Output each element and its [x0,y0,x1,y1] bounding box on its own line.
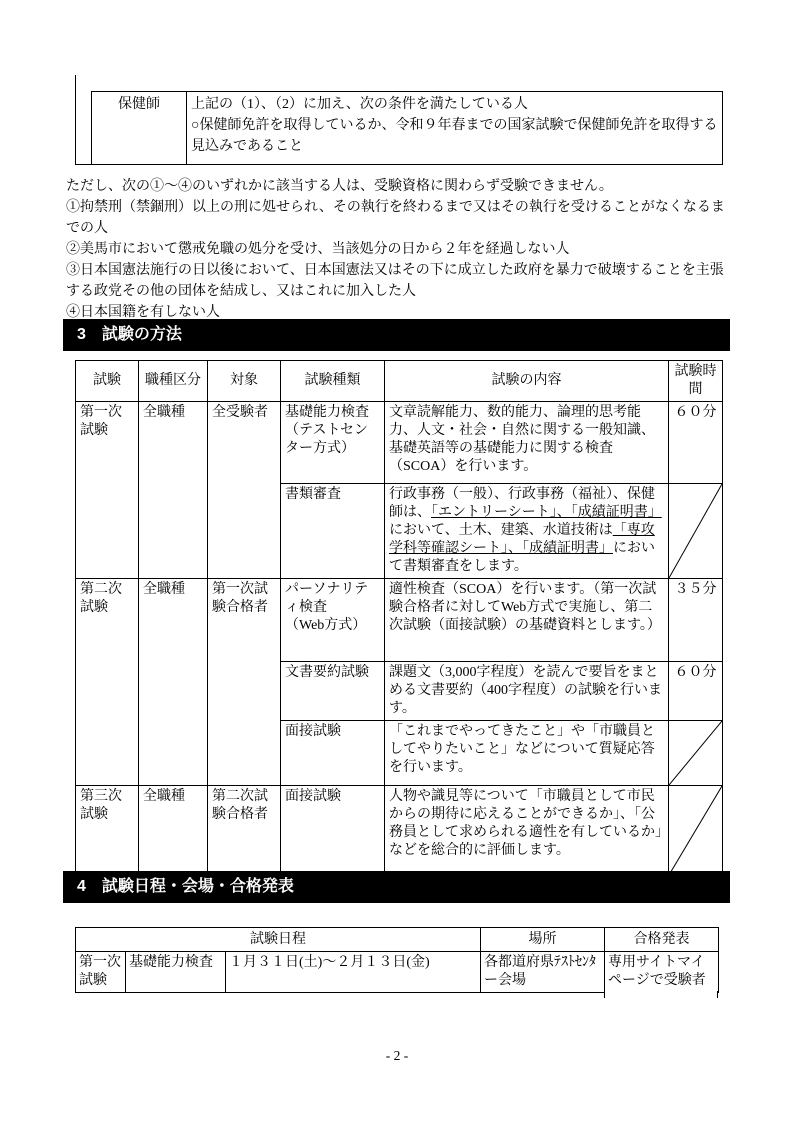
diagonal-line-icon [669,786,722,875]
eligibility-table: 保健師 上記の（1）、（2）に加え、次の条件を満たしている人 ○保健師免許を取得… [75,75,722,165]
eligibility-conditions-cell: 上記の（1）、（2）に加え、次の条件を満たしている人 ○保健師免許を取得している… [187,92,723,165]
duration-cell: ３５分 [669,579,723,662]
exam-content-cell: 文章読解能力、数的能力、論理的思考能力、人文・社会・自然に関する一般知識、基礎英… [385,402,669,484]
column-header-job-type: 職種区分 [139,361,208,402]
exam-kind-cell: 書類審査 [281,484,385,579]
section-heading-exam-method: 3 試験の方法 [63,319,730,351]
schedule-date-cell: １月３１日(土)～２月１３日(金) [226,952,481,993]
stage-cell: 第二次試験 [76,579,139,786]
target-cell: 第二次試験合格者 [208,786,281,876]
schedule-stage-cell: 第一次試験 [76,952,126,993]
exam-content-cell: 人物や識見等について「市職員として市民からの期待に応えることができるか」、「公務… [385,786,669,876]
cut-cell-border-left [604,991,605,998]
diagonal-line-icon [669,721,722,785]
section-heading-schedule: 4 試験日程・会場・合格発表 [63,871,730,903]
exam-kind-cell: 面接試験 [281,786,385,876]
duration-cell-empty [669,786,723,876]
table-row: 第一次試験 基礎能力検査 １月３１日(土)～２月１３日(金) 各都道府県ﾃｽﾄｾ… [76,952,719,993]
stage-cell: 第一次試験 [76,402,139,579]
document-page: 保健師 上記の（1）、（2）に加え、次の条件を満たしている人 ○保健師免許を取得… [0,0,794,1123]
column-header-place: 場所 [481,928,605,952]
column-header-exam: 試験 [76,361,139,402]
table-row: 第三次試験 全職種 第二次試験合格者 面接試験 人物や識見等について「市職員とし… [76,786,723,876]
table-row: 第二次試験 全職種 第一次試験合格者 パーソナリティ検査 （Web方式） 適性検… [76,579,723,662]
exam-kind-cell: 面接試験 [281,721,385,786]
disqualification-intro: ただし、次の①～④のいずれかに該当する人は、受験資格に関わらず受験できません。 [66,176,730,197]
table-header-row: 試験 職種区分 対象 試験種類 試験の内容 試験時間 [76,361,723,402]
job-type-cell: 全職種 [139,579,208,786]
target-cell: 全受験者 [208,402,281,579]
page-number: - 2 - [0,1048,794,1064]
duration-cell-empty [669,484,723,579]
column-header-contents: 試験の内容 [385,361,669,402]
duration-cell: ６０分 [669,662,723,721]
column-header-target: 対象 [208,361,281,402]
eligibility-condition-line: ○保健師免許を取得しているか、令和９年春までの国家試験で保健師免許を取得する見込… [191,115,718,157]
table-row: 第一次試験 全職種 全受験者 基礎能力検査 （テストセンター方式） 文章読解能力… [76,402,723,484]
exam-kind-cell: 文書要約試験 [281,662,385,721]
schedule-table: 試験日程 場所 合格発表 第一次試験 基礎能力検査 １月３１日(土)～２月１３日… [75,927,719,993]
exam-method-table: 試験 職種区分 対象 試験種類 試験の内容 試験時間 第一次試験 全職種 全受験… [75,360,723,876]
column-header-duration: 試験時間 [669,361,723,402]
exam-kind-cell: パーソナリティ検査 （Web方式） [281,579,385,662]
stage-cell: 第三次試験 [76,786,139,876]
cut-cell-border-right [717,991,718,998]
schedule-announcement-cell: 専用サイトマイページで受験者 [605,952,719,993]
exam-content-cell: 適性検査（SCOA）を行います。（第一次試験合格者に対してWeb方式で実施し、第… [385,579,669,662]
eligibility-category-label: 保健師 [92,92,187,165]
column-header-exam-kind: 試験種類 [281,361,385,402]
exam-kind-cell: 基礎能力検査 （テストセンター方式） [281,402,385,484]
target-cell: 第一次試験合格者 [208,579,281,786]
job-type-cell: 全職種 [139,786,208,876]
eligibility-condition-line: 上記の（1）、（2）に加え、次の条件を満たしている人 [191,94,718,115]
exam-content-cell: 課題文（3,000字程度）を読んで要旨をまとめる文書要約（400字程度）の試験を… [385,662,669,721]
duration-cell: ６０分 [669,402,723,484]
exam-content-cell: 行政事務（一般）、行政事務（福祉）、保健師は、「エントリーシート」、「成績証明書… [385,484,669,579]
duration-cell-empty [669,721,723,786]
disqualification-notes: ただし、次の①～④のいずれかに該当する人は、受験資格に関わらず受験できません。 … [66,176,730,323]
job-type-cell: 全職種 [139,402,208,579]
column-header-schedule: 試験日程 [76,928,481,952]
disqualification-item: ③日本国憲法施行の日以後において、日本国憲法又はその下に成立した政府を暴力で破壊… [66,260,730,302]
disqualification-item: ②美馬市において懲戒免職の処分を受け、当該処分の日から２年を経過しない人 [66,239,730,260]
diagonal-line-icon [669,484,722,578]
column-header-announcement: 合格発表 [605,928,719,952]
table-row: 保健師 上記の（1）、（2）に加え、次の条件を満たしている人 ○保健師免許を取得… [92,92,723,165]
table-header-row: 試験日程 場所 合格発表 [76,928,719,952]
schedule-exam-cell: 基礎能力検査 [126,952,226,993]
exam-content-cell: 「これまでやってきたこと」や「市職員としてやりたいこと」などについて質疑応答を行… [385,721,669,786]
disqualification-item: ①拘禁刑（禁錮刑）以上の刑に処せられ、その執行を終わるまで又はその執行を受けるこ… [66,197,730,239]
schedule-place-cell: 各都道府県ﾃｽﾄｾﾝﾀー会場 [481,952,605,993]
